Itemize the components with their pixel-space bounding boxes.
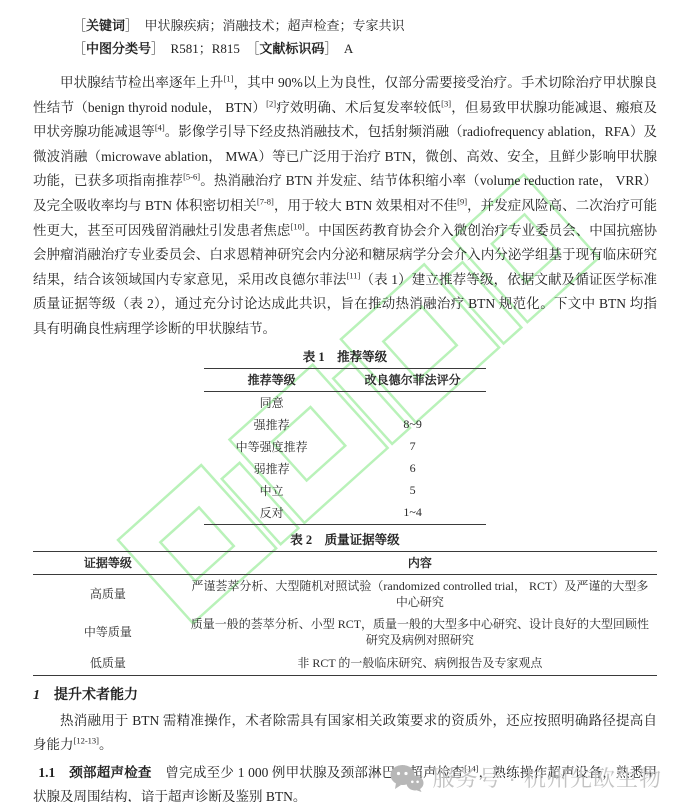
evidence-quality-table: 证据等级内容高质量严谨荟萃分析、大型随机对照试验（randomized cont…: [33, 551, 657, 676]
table-header-cell: 推荐等级: [204, 368, 339, 391]
table-cell: 弱推荐: [204, 458, 339, 480]
wechat-icon: [390, 764, 424, 792]
table-row: 中等强度推荐7: [204, 436, 486, 458]
intro-paragraph: 甲状腺结节检出率逐年上升[1]，其中 90%以上为良性，仅部分需要接受治疗。手术…: [33, 71, 657, 342]
table1-title: 表 1 推荐等级: [33, 347, 657, 365]
table-cell: 1~4: [339, 502, 486, 525]
document-page: ［关键词］ 甲状腺疾病；消融技术；超声检查；专家共识 ［中图分类号］ R581；…: [0, 0, 690, 802]
table-header-cell: 证据等级: [33, 551, 183, 574]
section-1-body: 热消融用于 BTN 需精准操作，术者除需具有国家相关政策要求的资质外，还应按照明…: [33, 709, 657, 758]
table-row: 弱推荐6: [204, 458, 486, 480]
table-row: 低质量非 RCT 的一般临床研究、病例报告及专家观点: [33, 651, 657, 676]
classification-line: ［中图分类号］ R581；R815 ［文献标识码］ A: [73, 37, 657, 60]
table-row: 反对1~4: [204, 502, 486, 525]
table-row: 中等质量质量一般的荟萃分析、小型 RCT，质量一般的大型多中心研究、设计良好的大…: [33, 613, 657, 651]
table-row: 中立5: [204, 480, 486, 502]
section-1-paragraph: 热消融用于 BTN 需精准操作，术者除需具有国家相关政策要求的资质外，还应按照明…: [33, 709, 657, 758]
table-cell: 低质量: [33, 651, 183, 676]
table-cell: 反对: [204, 502, 339, 525]
table-cell: 非 RCT 的一般临床研究、病例报告及专家观点: [183, 651, 657, 676]
table-cell: 质量一般的荟萃分析、小型 RCT，质量一般的大型多中心研究、设计良好的大型回顾性…: [183, 613, 657, 651]
table-cell: 严谨荟萃分析、大型随机对照试验（randomized controlled tr…: [183, 574, 657, 613]
table-cell: 8~9: [339, 414, 486, 436]
table-header-cell: 内容: [183, 551, 657, 574]
table-cell: 同意: [204, 391, 339, 414]
intro-section: 甲状腺结节检出率逐年上升[1]，其中 90%以上为良性，仅部分需要接受治疗。手术…: [33, 71, 657, 342]
table-cell: 7: [339, 436, 486, 458]
wechat-account-label: 服务号 · 杭州先欧生物: [432, 762, 662, 793]
keywords-line: ［关键词］ 甲状腺疾病；消融技术；超声检查；专家共识: [73, 14, 657, 37]
table-row: 同意: [204, 391, 486, 414]
article-meta: ［关键词］ 甲状腺疾病；消融技术；超声检查；专家共识 ［中图分类号］ R581；…: [73, 14, 657, 60]
table2-title: 表 2 质量证据等级: [33, 530, 657, 548]
table-row: 高质量严谨荟萃分析、大型随机对照试验（randomized controlled…: [33, 574, 657, 613]
wechat-watermark: 服务号 · 杭州先欧生物: [390, 762, 662, 793]
table-cell: 中立: [204, 480, 339, 502]
table-row: 强推荐8~9: [204, 414, 486, 436]
table-cell: 中等强度推荐: [204, 436, 339, 458]
table-cell: [339, 391, 486, 414]
table-cell: 高质量: [33, 574, 183, 613]
table-cell: 5: [339, 480, 486, 502]
recommendation-grade-table: 推荐等级改良德尔菲法评分同意强推荐8~9中等强度推荐7弱推荐6中立5反对1~4: [204, 368, 486, 525]
table-cell: 中等质量: [33, 613, 183, 651]
section-1-heading: 1 提升术者能力: [33, 685, 657, 707]
table-cell: 强推荐: [204, 414, 339, 436]
table-cell: 6: [339, 458, 486, 480]
table-header-cell: 改良德尔菲法评分: [339, 368, 486, 391]
